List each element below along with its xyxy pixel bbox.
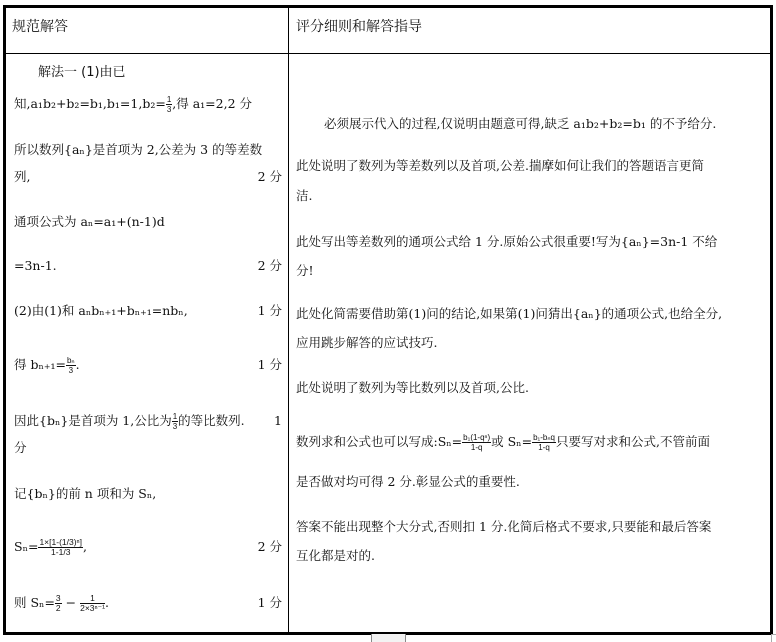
note6-suffix: 只要写对求和公式,不管前面 bbox=[556, 434, 710, 449]
minus-sign: − bbox=[66, 595, 76, 610]
frac-num: b₁-bₙq bbox=[532, 433, 556, 443]
note-arith-line2: 洁. bbox=[296, 187, 766, 205]
note6-prefix: 数列求和公式也可以写成:Sₙ= bbox=[296, 434, 462, 449]
part2-line: (2)由(1)和 aₙbₙ₊₁+bₙ₊₁=nbₙ, 1 分 bbox=[14, 302, 286, 320]
fraction-three-halves: 32 bbox=[55, 594, 62, 613]
frac-den: 1-1/3 bbox=[38, 548, 83, 557]
note-sum-formula-line2: 是否做对均可得 2 分.彰显公式的重要性. bbox=[296, 473, 766, 491]
score-label: 2 分 bbox=[258, 168, 282, 186]
note-simplify-line1: 此处化简需要借助第(1)问的结论,如果第(1)问猜出{aₙ}的通项公式,也给全分… bbox=[296, 305, 766, 323]
score-label: 1 分 bbox=[258, 356, 282, 374]
note-geometric: 此处说明了数列为等比数列以及首项,公比. bbox=[296, 379, 766, 397]
geo-seq-suffix: 的等比数列. bbox=[178, 413, 244, 428]
fraction-sum-alt2: b₁-bₙq1-q bbox=[532, 433, 556, 452]
geo-seq-score-line: 分 bbox=[14, 439, 286, 457]
header-standard-answer: 规范解答 bbox=[12, 16, 68, 36]
note-general-line1: 此处写出等差数列的通项公式给 1 分.原始公式很重要!写为{aₙ}=3n-1 不… bbox=[296, 233, 766, 251]
note-final-line1: 答案不能出现整个大分式,否则扣 1 分.化简后格式不要求,只要能和最后答案 bbox=[296, 518, 766, 536]
arith-seq-line1: 所以数列{aₙ}是首项为 2,公差为 3 的等差数 bbox=[14, 141, 286, 159]
frac-den: 1-q bbox=[532, 443, 556, 452]
derive-line: 得 bₙ₊₁=bₙ3. 1 分 bbox=[14, 356, 286, 375]
frac-num: b₁(1-qⁿ) bbox=[462, 433, 491, 443]
note-sum-formula-line1: 数列求和公式也可以写成:Sₙ=b₁(1-qⁿ)1-q或 Sₙ=b₁-bₙq1-q… bbox=[296, 433, 766, 452]
arith-seq-line2: 列, 2 分 bbox=[14, 168, 286, 186]
note6-mid: 或 Sₙ= bbox=[491, 434, 532, 449]
note-final-line2: 互化都是对的. bbox=[296, 547, 766, 565]
geo-seq-line: 因此{bₙ}是首项为 1,公比为13的等比数列. 1 bbox=[14, 412, 286, 431]
header-divider bbox=[6, 53, 770, 54]
fraction-sum-alt1: b₁(1-qⁿ)1-q bbox=[462, 433, 491, 452]
frac-den: 2 bbox=[55, 604, 62, 613]
frac-num: bₙ bbox=[66, 356, 76, 366]
fraction-sum-formula: 1×[1-(1/3)ⁿ]1-1/3 bbox=[38, 538, 83, 557]
note-substitution: 必须展示代入的过程,仅说明由题意可得,缺乏 a₁b₂+b₂=b₁ 的不予给分. bbox=[324, 115, 776, 133]
derive-prefix: 得 bₙ₊₁= bbox=[14, 357, 66, 372]
frac-den: 2×3ⁿ⁻¹ bbox=[80, 604, 105, 613]
general-result-line: =3n-1. 2 分 bbox=[14, 257, 286, 275]
score-label: 1 分 bbox=[258, 594, 282, 612]
part2-text: (2)由(1)和 aₙbₙ₊₁+bₙ₊₁=nbₙ, bbox=[14, 303, 188, 318]
fraction-final-term: 12×3ⁿ⁻¹ bbox=[80, 594, 105, 613]
score-label: 1 分 bbox=[258, 302, 282, 320]
intro-prefix: 知, bbox=[14, 96, 30, 111]
score-label: 2 分 bbox=[258, 538, 282, 556]
corner-handle bbox=[771, 634, 776, 642]
sum-note-line: 记{bₙ}的前 n 项和为 Sₙ, bbox=[14, 485, 286, 503]
note-general-line2: 分! bbox=[296, 262, 766, 280]
grading-table: 规范解答 评分细则和解答指导 解法一 (1)由已 知,a₁b₂+b₂=b₁,b₁… bbox=[3, 5, 773, 635]
intro-equation: a₁b₂+b₂=b₁,b₁=1,b₂= bbox=[30, 96, 165, 111]
general-formula-line: 通项公式为 aₙ=a₁+(n-1)d bbox=[14, 213, 286, 231]
geo-seq-prefix: 因此{bₙ}是首项为 1,公比为 bbox=[14, 413, 172, 428]
final-result-line: 则 Sₙ=32 − 12×3ⁿ⁻¹. 1 分 bbox=[14, 594, 286, 613]
sum-prefix: Sₙ= bbox=[14, 539, 38, 554]
general-result-text: =3n-1. bbox=[14, 258, 57, 273]
note-arith-line1: 此处说明了数列为等差数列以及首项,公差.揣摩如何让我们的答题语言更简 bbox=[296, 157, 766, 175]
frac-den: 1-q bbox=[462, 443, 491, 452]
solution-intro-line1: 解法一 (1)由已 bbox=[38, 64, 310, 82]
column-divider bbox=[288, 8, 289, 632]
header-grading-guide: 评分细则和解答指导 bbox=[296, 16, 422, 36]
scroll-tab[interactable] bbox=[371, 634, 406, 642]
intro-suffix: ,得 a₁=2,2 分 bbox=[172, 96, 252, 111]
note-simplify-line2: 应用跳步解答的应试技巧. bbox=[296, 334, 766, 352]
final-prefix: 则 Sₙ= bbox=[14, 595, 55, 610]
solution-intro-line2: 知,a₁b₂+b₂=b₁,b₁=1,b₂=13,得 a₁=2,2 分 bbox=[14, 95, 286, 114]
sum-formula-line: Sₙ=1×[1-(1/3)ⁿ]1-1/3, 2 分 bbox=[14, 538, 286, 557]
score-label: 2 分 bbox=[258, 257, 282, 275]
frac-den: 3 bbox=[66, 366, 76, 375]
arith-seq-text: 列, bbox=[14, 169, 30, 184]
fraction-bn-over-3: bₙ3 bbox=[66, 356, 76, 375]
score-label: 1 bbox=[274, 412, 282, 430]
